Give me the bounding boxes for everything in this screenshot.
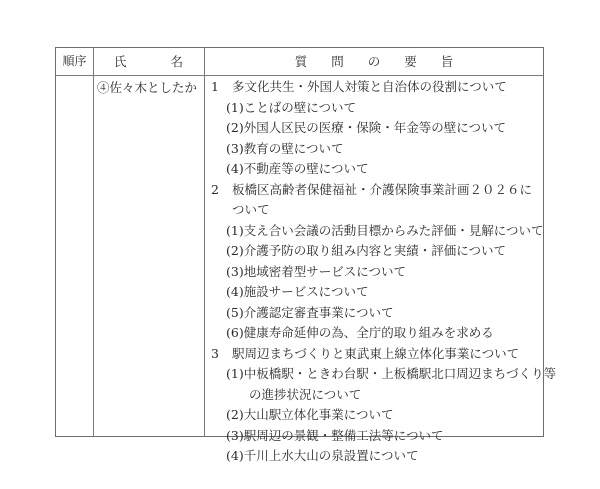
header-topic-part: 要: [404, 48, 417, 75]
topic-number: 3: [211, 344, 232, 365]
topic-sub-item: (6)健康寿命延伸の為、全庁的取り組みを求める: [211, 323, 541, 344]
column-divider: [204, 48, 205, 436]
topic-main-item: 3駅周辺まちづくりと東武東上線立体化事業について: [211, 344, 541, 365]
topic-number: 1: [211, 77, 232, 98]
header-order: 順序: [56, 48, 93, 75]
topic-sub-item: (4)千川上水大山の泉設置について: [211, 446, 541, 467]
topic-sub-item: (4)不動産等の壁について: [211, 159, 541, 180]
topic-number: 2: [211, 180, 232, 201]
header-divider: [56, 75, 543, 76]
speaker-name: ④佐々木としたか: [97, 79, 197, 97]
topic-continuation: ついて: [211, 200, 541, 221]
topic-main-item: 2板橋区高齢者保健福祉・介護保険事業計画２０２６に: [211, 180, 541, 201]
header-topic-part: 旨: [441, 48, 454, 75]
topic-sub-item: (2)介護予防の取り組み内容と実績・評価について: [211, 241, 541, 262]
header-name-part: 氏: [114, 48, 127, 75]
header-name-part: 名: [171, 48, 184, 75]
column-divider: [93, 48, 94, 436]
topic-sub-item: (3)駅周辺の景観・整備工法等について: [211, 426, 541, 447]
header-topic-part: の: [368, 48, 381, 75]
header-name: 氏名: [93, 48, 204, 75]
topic-sub-item: (4)施設サービスについて: [211, 282, 541, 303]
header-topic-part: 質: [295, 48, 308, 75]
topic-sub-item: (1)中板橋駅・ときわ台駅・上板橋駅北口周辺まちづくり等: [211, 364, 541, 385]
header-topic: 質問の要旨: [204, 48, 544, 75]
topic-continuation: の進捗状況について: [211, 385, 541, 406]
question-topics: 1多文化共生・外国人対策と自治体の役割について(1)ことばの壁について(2)外国…: [211, 77, 541, 467]
topic-sub-item: (3)地域密着型サービスについて: [211, 262, 541, 283]
topic-sub-item: (3)教育の壁について: [211, 139, 541, 160]
topic-sub-item: (2)外国人区民の医療・保険・年金等の壁について: [211, 118, 541, 139]
topic-sub-item: (2)大山駅立体化事業について: [211, 405, 541, 426]
topic-main-item: 1多文化共生・外国人対策と自治体の役割について: [211, 77, 541, 98]
topic-text: 多文化共生・外国人対策と自治体の役割について: [232, 79, 507, 94]
topic-sub-item: (1)支え合い会議の活動目標からみた評価・見解について: [211, 221, 541, 242]
topic-text: 駅周辺まちづくりと東武東上線立体化事業について: [232, 346, 519, 361]
topic-sub-item: (5)介護認定審査事業について: [211, 303, 541, 324]
header-topic-part: 問: [331, 48, 344, 75]
topic-sub-item: (1)ことばの壁について: [211, 98, 541, 119]
question-summary-table: 順序 氏名 質問の要旨 ④佐々木としたか 1多文化共生・外国人対策と自治体の役割…: [55, 47, 544, 437]
topic-text: 板橋区高齢者保健福祉・介護保険事業計画２０２６に: [232, 182, 532, 197]
